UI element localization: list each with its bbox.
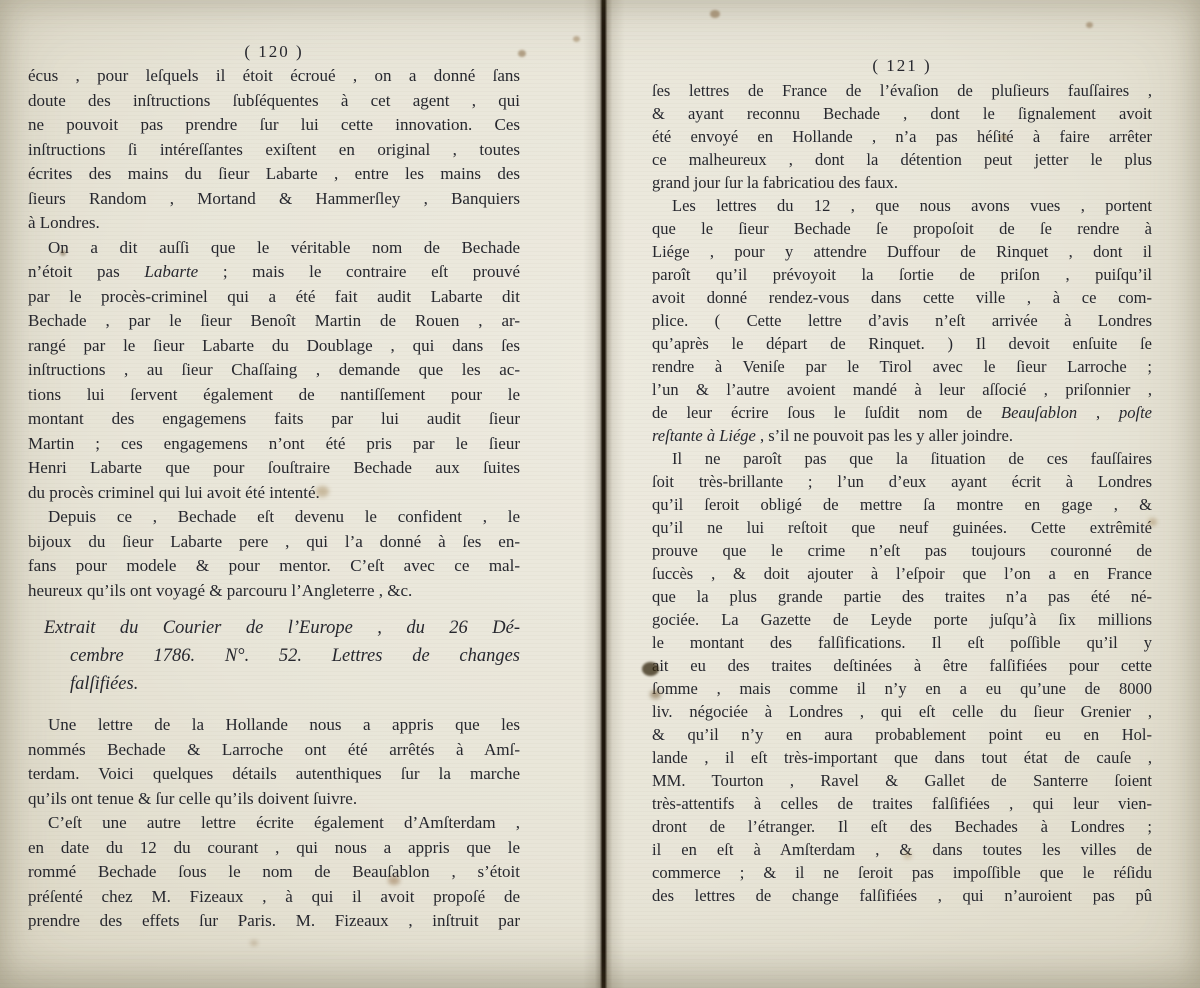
text-line: gociée. La Gazette de Leyde porte juſqu’… [652,608,1152,631]
paragraph: Il ne paroît pas que la ſituation de ces… [652,447,1152,907]
text-line: qu’il ne lui reſtoit que neuf guinées. C… [652,516,1152,539]
page-number-right: ( 121 ) [652,56,1152,76]
text-line: rommé Bechade ſous le nom de Beauſablon … [28,860,520,885]
text-line: préſenté chez M. Fizeaux , à qui il avoi… [28,885,520,910]
text-line: ſoit très-brillante ; l’un d’eux ayant é… [652,470,1152,493]
text-line: Henri Labarte que pour ſouſtraire Bechad… [28,456,520,481]
text-line: C’eſt une autre lettre écrite également … [28,811,520,836]
text-line: prouve que le crime n’eſt pas toujours c… [652,539,1152,562]
paragraph: Depuis ce , Bechade eſt devenu le confid… [28,505,520,603]
text-line: ne pouvoit pas prendre ſur lui cette inn… [28,113,520,138]
text-line: qu’après le départ de Rinquet. ) Il devo… [652,332,1152,355]
text-line: que la plus grande partie des traites n’… [652,585,1152,608]
text-line: de leur écrire ſous le ſuſdit nom de Bea… [652,401,1152,424]
paragraph: ſes lettres de France de l’évaſion de pl… [652,79,1152,194]
text-line: MM. Tourton , Ravel & Gallet de Santerre… [652,769,1152,792]
text-line: fans pour modele & pour mentor. C’eſt av… [28,554,520,579]
text-line: terdam. Voici quelques détails autenthiq… [28,762,520,787]
text-line: dront de l’étranger. Il eſt des Bechades… [652,815,1152,838]
section-heading: Extrait du Courier de l’Europe , du 26 D… [28,614,520,698]
text-line: très-attentifs à celles de traites falſi… [652,792,1152,815]
text-line: Depuis ce , Bechade eſt devenu le confid… [28,505,520,530]
text-line: été envoyé en Hollande , n’a pas héſité … [652,125,1152,148]
text-line: écus , pour leſquels il étoit écroué , o… [28,64,520,89]
text-line: cembre 1786. N°. 52. Lettres de changes [28,642,520,670]
text-line: nommés Bechade & Larroche ont été arrêté… [28,738,520,763]
text-line: inſtructions ſi intéreſſantes exiſtent e… [28,138,520,163]
text-line: du procès criminel qui lui avoit été int… [28,481,520,506]
page-right: ( 121 ) ſes lettres de France de l’évaſi… [588,0,1200,988]
paragraph: écus , pour leſquels il étoit écroué , o… [28,64,520,236]
text-line: ſomme , mais comme il n’y en a eu qu’une… [652,677,1152,700]
paragraph: Les lettres du 12 , que nous avons vues … [652,194,1152,447]
text-line: rendre à Veniſe par le Tirol avec le ſie… [652,355,1152,378]
text-line: paroît qu’il prévoyoit la ſortie de priſ… [652,263,1152,286]
text-line: grand jour ſur la fabricatiou des faux. [652,171,1152,194]
text-line: le montant des falſifications. Il eſt po… [652,631,1152,654]
text-line: rangé par le ſieur Labarte du Doublage ,… [28,334,520,359]
text-line: commerce ; & il ne ſeroit pas impoſſible… [652,861,1152,884]
text-line: tions lui ſervent également de nantiſſem… [28,383,520,408]
text-line: que le ſieur Bechade ſe propoſoit de ſe … [652,217,1152,240]
text-line: à Londres. [28,211,520,236]
text-line: en date du 12 du courant , qui nous a ap… [28,836,520,861]
text-line: ſes lettres de France de l’évaſion de pl… [652,79,1152,102]
text-line: ſuccès , & doit ajouter à l’eſpoir que l… [652,562,1152,585]
text-line: heureux qu’ils ont voyagé & parcouru l’A… [28,579,520,604]
book-spread: ( 120 ) écus , pour leſquels il étoit éc… [0,0,1200,988]
page-number-left: ( 120 ) [28,42,520,62]
text-line: On a dit auſſi que le véritable nom de B… [28,236,520,261]
text-line: l’un & l’autre avoient mandé à leur aſſo… [652,378,1152,401]
text-line: falſifiées. [28,670,520,698]
text-line: Il ne paroît pas que la ſituation de ces… [652,447,1152,470]
text-line: Bechade , par le ſieur Benoît Martin de … [28,309,520,334]
text-line: des lettres de change falſifiées , qui n… [652,884,1152,907]
text-line: par le procès-criminel qui a été fait au… [28,285,520,310]
text-line: écrites des mains du ſieur Labarte , ent… [28,162,520,187]
text-line: ſieurs Random , Mortand & Hammerſley , B… [28,187,520,212]
text-line: Liége , pour y attendre Duffour de Rinqu… [652,240,1152,263]
text-line: Martin ; ces engagemens n’ont été pris p… [28,432,520,457]
text-line: prendre des effets ſur Paris. M. Fizeaux… [28,909,520,934]
text-line: montant des engagemens faits par lui aud… [28,407,520,432]
page-right-text: ſes lettres de France de l’évaſion de pl… [652,79,1152,907]
text-line: plice. ( Cette lettre d’avis n’eſt arriv… [652,309,1152,332]
text-line: doute des inſtructions ſubſéquentes à ce… [28,89,520,114]
text-line: inſtructions , au ſieur Chaſſaing , dema… [28,358,520,383]
text-line: n’étoit pas Labarte ; mais le contraire … [28,260,520,285]
text-line: qu’il ſeroit obligé de mettre ſa montre … [652,493,1152,516]
text-line: lande , il eſt très-important que dans t… [652,746,1152,769]
text-line: & qu’il n’y en aura probablement point e… [652,723,1152,746]
page-left: ( 120 ) écus , pour leſquels il étoit éc… [0,0,588,988]
paragraph: Une lettre de la Hollande nous a appris … [28,713,520,811]
text-line: bijoux du ſieur Labarte pere , qui l’a d… [28,530,520,555]
text-line: reſtante à Liége , s’il ne pouvoit pas l… [652,424,1152,447]
text-line: ce malheureux , dont la détention peut j… [652,148,1152,171]
text-line: & ayant reconnu Bechade , dont le ſignal… [652,102,1152,125]
text-line: avoit donné rendez-vous dans cette ville… [652,286,1152,309]
paragraph: On a dit auſſi que le véritable nom de B… [28,236,520,506]
text-line: il en eſt à Amſterdam , & dans toutes le… [652,838,1152,861]
text-line: qu’ils ont tenue & ſur celle qu’ils doiv… [28,787,520,812]
text-line: Les lettres du 12 , que nous avons vues … [652,194,1152,217]
page-left-text: écus , pour leſquels il étoit écroué , o… [28,64,520,934]
text-line: liv. négociée à Londres , qui eſt celle … [652,700,1152,723]
text-line: Une lettre de la Hollande nous a appris … [28,713,520,738]
text-line: Extrait du Courier de l’Europe , du 26 D… [28,614,520,642]
paragraph: C’eſt une autre lettre écrite également … [28,811,520,934]
text-line: ait eu des traites deſtinées à être falſ… [652,654,1152,677]
